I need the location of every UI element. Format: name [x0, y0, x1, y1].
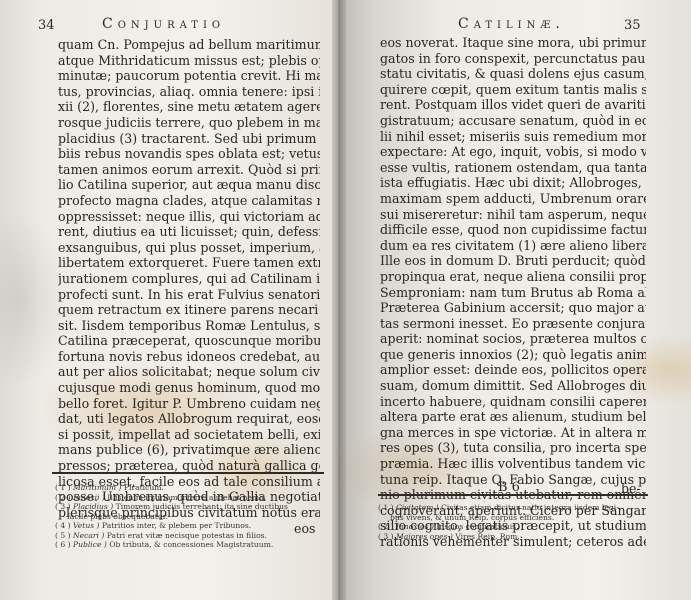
text-line: lio Catilina superior, aut æqua manu dis… — [58, 177, 320, 193]
text-line: fortuna novis rebus idoneos credebat, au… — [58, 349, 320, 365]
text-line: præmia. Hæc illis volventibus tandem vic… — [380, 456, 646, 472]
text-line: xii (2), florentes, sine metu ætatem age… — [58, 99, 320, 115]
footnote-number: ( 4 ) — [55, 521, 73, 530]
footnote: ( 2 ) Innoxii ) Illis enim injuriam infe… — [55, 493, 335, 503]
text-line: quam Cn. Pompejus ad bellum maritimum (1… — [58, 37, 320, 53]
text-line: mans publice (6), privatimque ære alieno… — [58, 442, 320, 458]
text-line: quirere cœpit, quem exitum tantis malis … — [380, 82, 646, 98]
footnote-text: Patri erat vitæ necisque potestas in fil… — [107, 531, 267, 540]
footnote-number: ( 3 ) — [55, 502, 73, 511]
footnote-number: ( 1 ) — [378, 503, 396, 512]
text-line: placidius (3) tractarent. Sed ubi primum… — [58, 131, 320, 147]
signature-mark: B 6 — [498, 480, 520, 495]
footnote-number: ( 2 ) — [378, 522, 396, 531]
text-line: rent. Postquam illos videt queri de avar… — [380, 97, 646, 113]
footnote-rule — [378, 494, 648, 496]
footnote-lemma: Placidius ) — [73, 502, 116, 511]
footnote-text: Timorem judiciis terrebant; ita sine duc… — [116, 502, 288, 511]
footnote-lemma: Maritimum ) — [73, 483, 124, 492]
text-line: statu civitatis, & quasi dolens ejus cas… — [380, 66, 646, 82]
text-line: tas sermoni inesset. Eo præsente conjura… — [380, 316, 646, 332]
footnote: facile plebs obsequebatur. — [55, 512, 335, 522]
text-line: quem retractum ex itinere parens necari … — [58, 302, 320, 318]
text-line: exsanguibus, qui plus posset, imperium, … — [58, 240, 320, 256]
text-line: si possit, impellat ad societatem belli,… — [58, 427, 320, 443]
text-line: bello foret. Igitur P. Umbreno cuidam ne… — [58, 396, 320, 412]
book-spread: 34 Conjuratio quam Cn. Pompejus ad bellu… — [0, 0, 691, 600]
footnote: ( 1 ) Maritimum ) Piraticum. — [55, 483, 335, 493]
text-line: propinqua erat, neque aliena consilii pr… — [380, 269, 646, 285]
footnote-text: facile plebs obsequebatur. — [67, 512, 168, 521]
footnote: ( 1 ) Civitatem ) Civitas etiam dicitur … — [378, 503, 668, 513]
text-line: altera parte erat æs alienum, studium be… — [380, 409, 646, 425]
footnote-text: Ob tributa, & concessiones Magistratuum. — [109, 540, 273, 549]
text-line: expectare: At ego, inquit, vobis, si mod… — [380, 144, 646, 160]
footnote-lemma: Publice ) — [73, 540, 109, 549]
footnote: ( 3 ) Placidius ) Timorem judiciis terre… — [55, 502, 335, 512]
footnote-lemma: Vetus ) — [73, 521, 102, 530]
footnote-lemma: Necari ) — [73, 531, 107, 540]
footnotes: ( 1 ) Civitatem ) Civitas etiam dicitur … — [378, 503, 668, 541]
text-line: aut per alios solicitabat; neque solum c… — [58, 364, 320, 380]
text-line: eos noverat. Itaque sine mora, ubi primu… — [380, 35, 646, 51]
text-line: dum ea res civitatem (1) ære alieno libe… — [380, 238, 646, 254]
footnote-text: bus vivens, & unum Reip. corpus efficien… — [390, 513, 554, 522]
text-line: dat, uti legatos Allobrogum requirat, eo… — [58, 411, 320, 427]
text-line: amplior esset: deinde eos, pollicitos op… — [380, 362, 646, 378]
text-line: difficile esse, quod non cupidissime fac… — [380, 222, 646, 238]
text-line: que generis innoxios (2); quò legatis an… — [380, 347, 646, 363]
book-gutter — [332, 0, 346, 600]
text-line: tamen animos eorum arrexit. Quòd si prim… — [58, 162, 320, 178]
text-line: minutæ; paucorum potentia crevit. Hi mag… — [58, 68, 320, 84]
text-line: oppressisset: neque illis, qui victoriam… — [58, 209, 320, 225]
text-line: tus, provincias, aliaq. omnia tenere: ip… — [58, 84, 320, 100]
text-line: Semproniam: nam tum Brutus ab Roma abera… — [380, 285, 646, 301]
page-number: 35 — [624, 18, 641, 33]
text-line: maximam spem adducti, Umbrenum orare, ut — [380, 191, 646, 207]
footnote: ( 5 ) Necari ) Patri erat vitæ necisque … — [55, 531, 335, 541]
text-line: gistratuum; accusare senatum, quòd in eo… — [380, 113, 646, 129]
page-body-text: quam Cn. Pompejus ad bellum maritimum (1… — [58, 37, 320, 520]
footnote-text: Insçios conjurationis. — [436, 522, 518, 531]
text-line: lii nihil esset; miseriis suis remedium … — [380, 129, 646, 145]
footnote-rule — [52, 472, 324, 474]
footnote-lemma: Innoxios ) — [396, 522, 436, 531]
text-line: ista effugiatis. Hæc ubi dixit; Allobrog… — [380, 175, 646, 191]
text-line: cujusque modi genus hominum, quod modo u… — [58, 380, 320, 396]
footnote-number: ( 6 ) — [55, 540, 73, 549]
page-body-text: eos noverat. Itaque sine mora, ubi primu… — [380, 35, 646, 550]
footnote: ( 6 ) Publice ) Ob tributa, & concession… — [55, 540, 335, 550]
text-line: suam, domum dimittit. Sed Allobroges diu… — [380, 378, 646, 394]
footnote: bus vivens, & unum Reip. corpus efficien… — [378, 513, 668, 523]
footnotes: ( 1 ) Maritimum ) Piraticum.( 2 ) Innoxi… — [55, 483, 335, 550]
text-line: res opes (3), tuta consilia, pro incerta… — [380, 440, 646, 456]
footnote: ( 4 ) Vetus ) Patritios inter, & plebem … — [55, 521, 335, 531]
text-line: incerto habuere, quidnam consilii capere… — [380, 394, 646, 410]
footnote-text: Civitas etiam dicitur natio integra iisd… — [441, 503, 619, 512]
text-line: sit. Iisdem temporibus Romæ Lentulus, si… — [58, 318, 320, 334]
text-line: gatos in foro conspexit, percunctatus pa… — [380, 51, 646, 67]
footnote-number: ( 2 ) — [55, 493, 73, 502]
footnote-text: Patritios inter, & plebem per Tribunos. — [102, 521, 251, 530]
footnote-number: ( 1 ) — [55, 483, 73, 492]
footnote-number: ( 3 ) — [378, 532, 396, 541]
text-line: Præterea Gabinium accersit; quo major au… — [380, 300, 646, 316]
footnote-lemma: Civitatem ) — [396, 503, 441, 512]
text-line: libertatem extorqueret. Fuere tamen extr… — [58, 255, 320, 271]
text-line: esse vultis, rationem ostendam, qua tant… — [380, 160, 646, 176]
text-line: gna merces in spe victoriæ. At in altera… — [380, 425, 646, 441]
footnote: ( 2 ) Innoxios ) Insçios conjurationis. — [378, 522, 668, 532]
footnote-lemma: Majores opes ) — [396, 532, 455, 541]
text-line: rent, diutius ea uti licuisset; quin, de… — [58, 224, 320, 240]
footnote-number: ( 5 ) — [55, 531, 73, 540]
footnote-lemma: Innoxii ) — [73, 493, 107, 502]
text-line: profecti sunt. In his erat Fulvius senat… — [58, 287, 320, 303]
running-head: Conjuratio — [102, 16, 225, 32]
footnote: ( 3 ) Majores opes ) Vires Reip. Rom. — [378, 532, 668, 542]
text-line: rosque judiciis terrere, quo plebem in m… — [58, 115, 320, 131]
text-line: sui misereretur: nihil tam asperum, nequ… — [380, 207, 646, 223]
running-head: Catilinæ. — [458, 16, 565, 32]
text-line: jurationem complures, qui ad Catilinam i… — [58, 271, 320, 287]
text-line: Ille eos in domum D. Bruti perducit; quò… — [380, 253, 646, 269]
text-line: atque Mithridaticum missus est; plebis o… — [58, 53, 320, 69]
page-number: 34 — [38, 18, 55, 33]
footnote-text: Vires Reip. Rom. — [455, 532, 519, 541]
text-line: biis rebus novandis spes oblata est; vet… — [58, 146, 320, 162]
left-page: 34 Conjuratio quam Cn. Pompejus ad bellu… — [0, 0, 338, 600]
footnote-text: Piraticum. — [124, 483, 164, 492]
text-line: aperit: nominat socios, præterea multos … — [380, 331, 646, 347]
text-line: Catilina præceperat, quoscunque moribus,… — [58, 333, 320, 349]
text-line: profecto magna clades, atque calamitas r… — [58, 193, 320, 209]
right-page: Catilinæ. 35 eos noverat. Itaque sine mo… — [338, 0, 691, 600]
footnote-text: Illis enim injuriam inferre audebat nemo… — [107, 493, 266, 502]
